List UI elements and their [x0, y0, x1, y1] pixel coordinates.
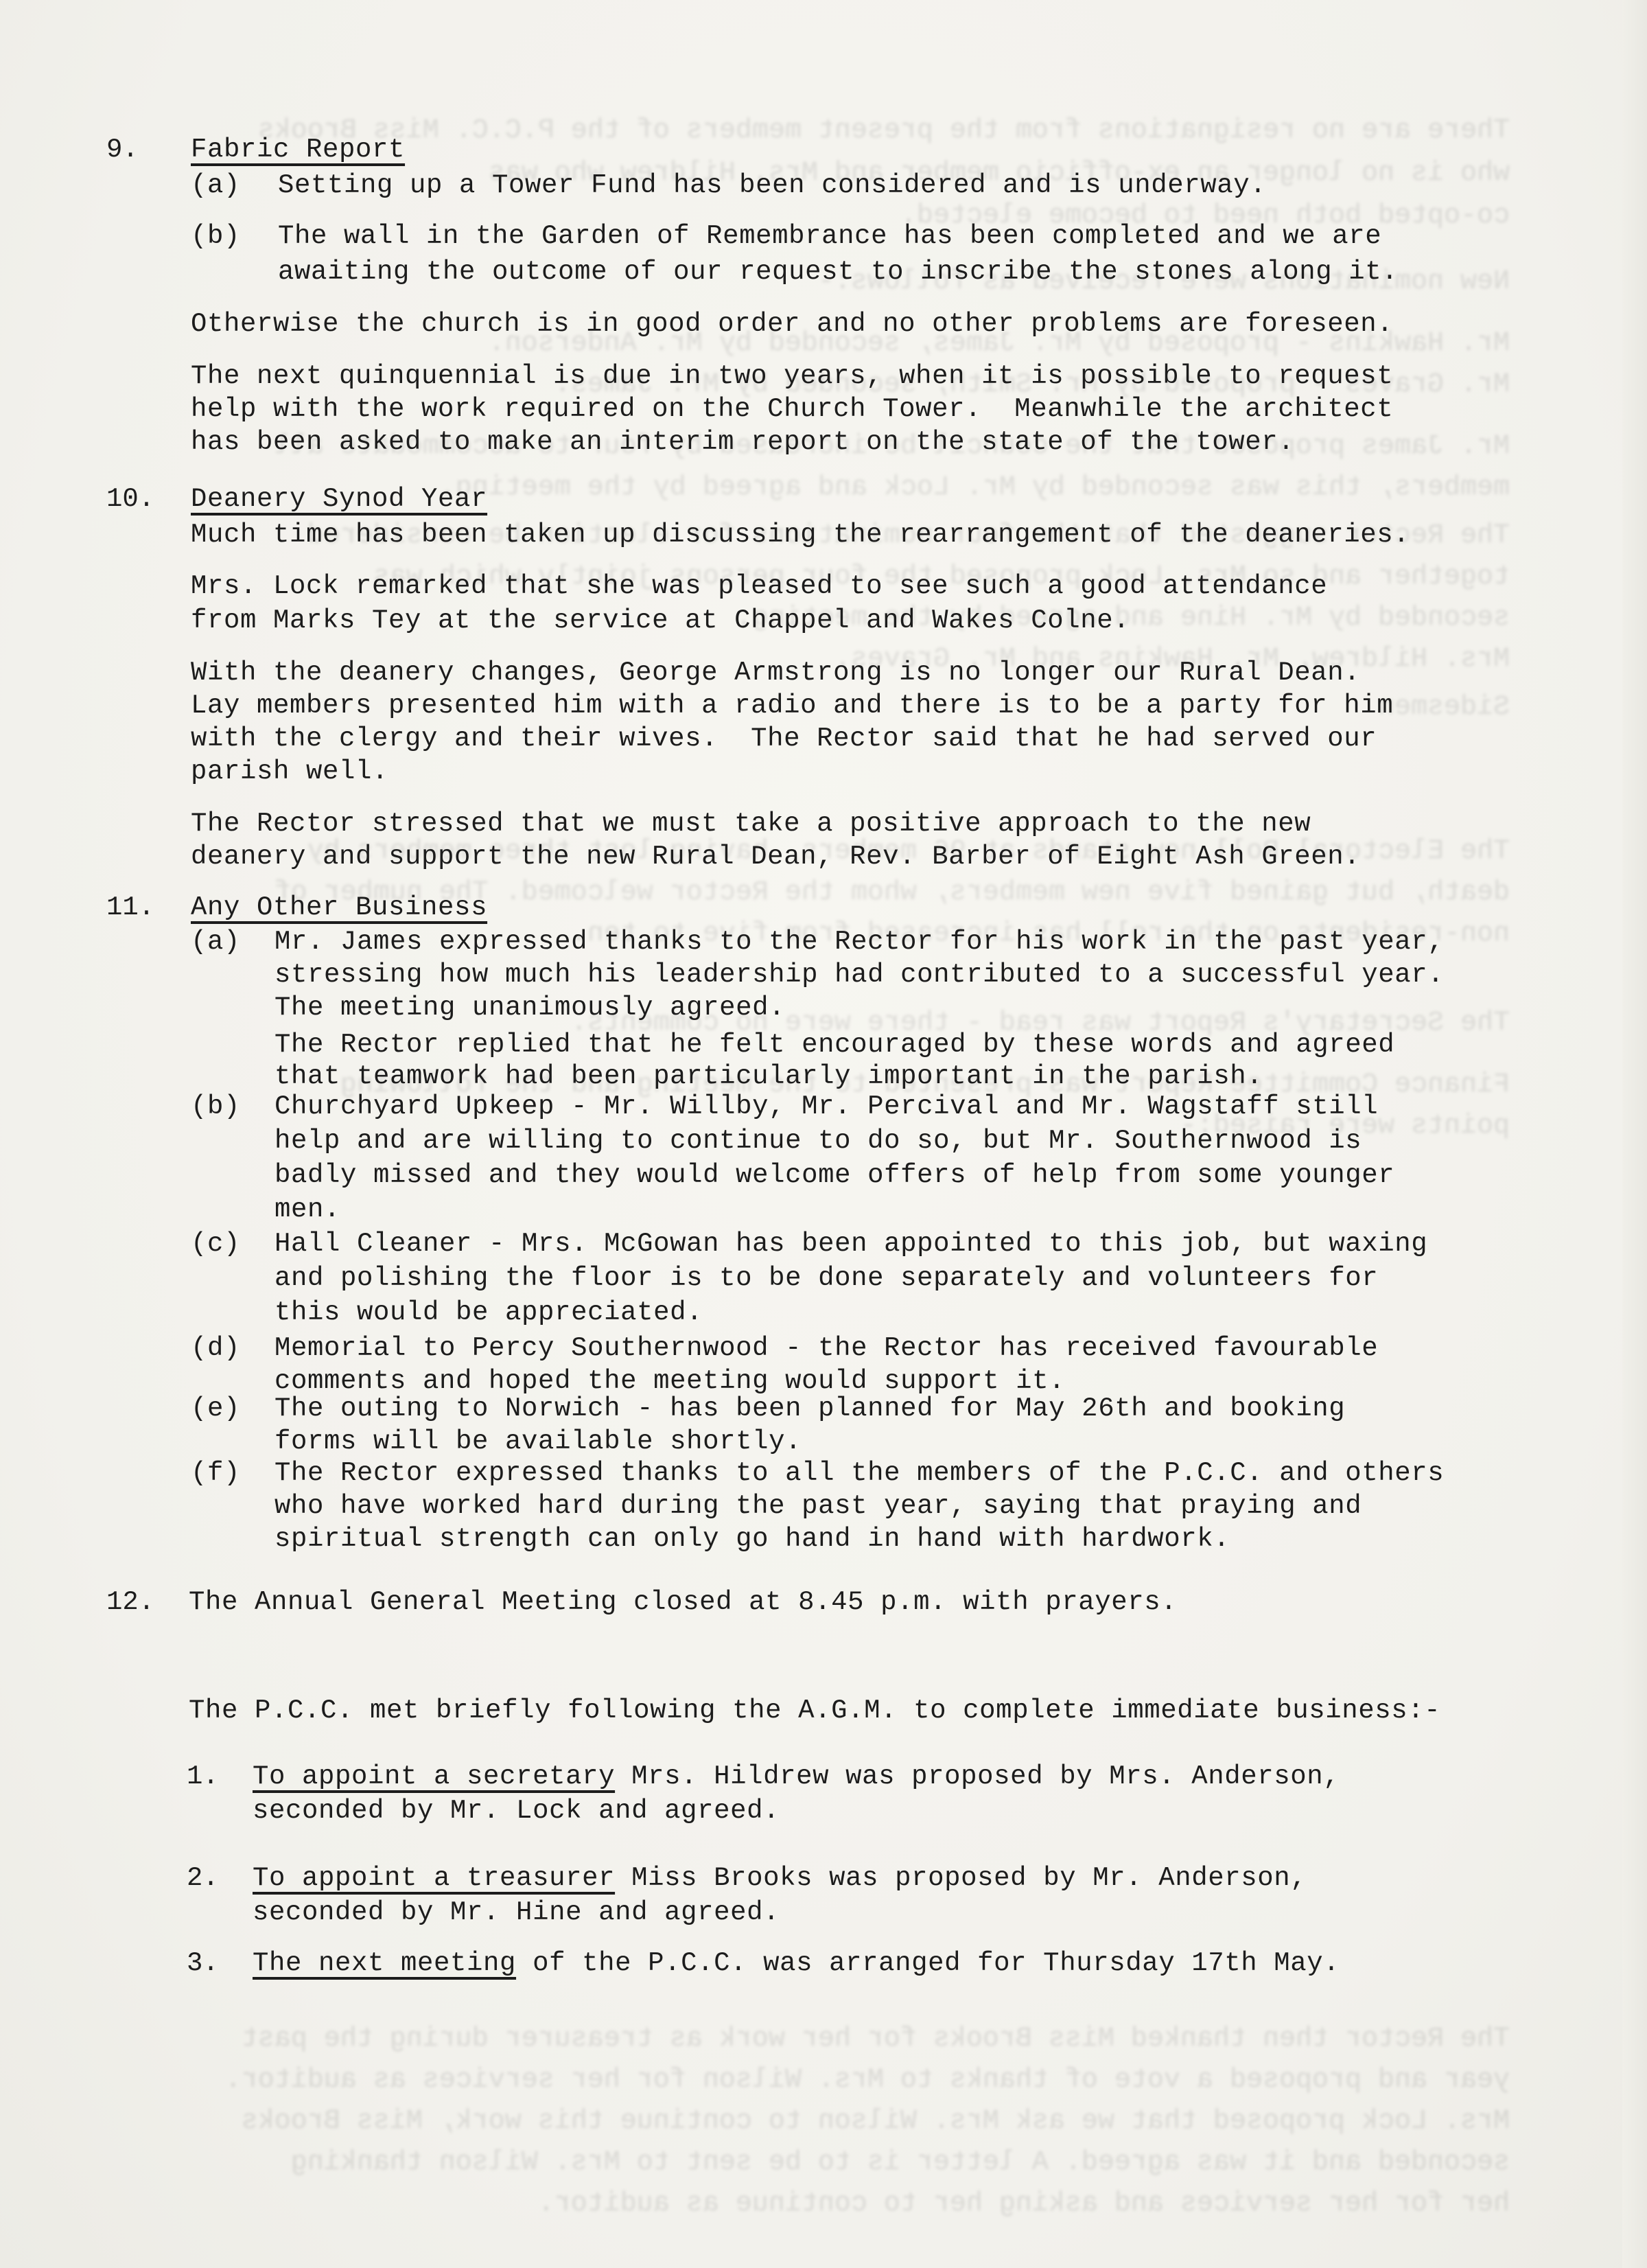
pcc-item-number: 1.	[187, 1761, 219, 1792]
item-text: spiritual strength can only go hand in h…	[274, 1524, 1230, 1554]
item-text: who have worked hard during the past yea…	[274, 1491, 1362, 1521]
section-heading: Fabric Report	[191, 135, 405, 165]
item-text: The meeting unanimously agreed.	[274, 993, 785, 1023]
item-text: Hall Cleaner - Mrs. McGowan has been app…	[274, 1229, 1427, 1259]
pcc-item-line2: seconded by Mr. Hine and agreed.	[253, 1897, 780, 1928]
paragraph-line: Mrs. Lock remarked that she was pleased …	[191, 571, 1327, 601]
item-text: The wall in the Garden of Remembrance ha…	[278, 221, 1381, 251]
paragraph-line: Otherwise the church is in good order an…	[191, 309, 1393, 339]
item-text: Memorial to Percy Southernwood - the Rec…	[274, 1333, 1378, 1363]
pcc-item-line2: seconded by Mr. Lock and agreed.	[253, 1796, 780, 1826]
paragraph-line: from Marks Tey at the service at Chappel…	[191, 605, 1130, 636]
section-number: 10.	[106, 484, 154, 514]
item-text: help and are willing to continue to do s…	[274, 1126, 1362, 1156]
item-text: and polishing the floor is to be done se…	[274, 1263, 1378, 1293]
item-text: badly missed and they would welcome offe…	[274, 1160, 1394, 1190]
pcc-item-rest: Mrs. Hildrew was proposed by Mrs. Anders…	[615, 1761, 1340, 1792]
item-text: awaiting the outcome of our request to i…	[278, 257, 1398, 287]
item-text: forms will be available shortly.	[274, 1426, 802, 1457]
pcc-item-heading: The next meeting	[253, 1948, 516, 1978]
section-number: 12.	[106, 1587, 154, 1617]
pcc-item-rest: Miss Brooks was proposed by Mr. Anderson…	[615, 1863, 1307, 1893]
pcc-item-line: The next meeting of the P.C.C. was arran…	[253, 1948, 1340, 1978]
item-text: The Rector expressed thanks to all the m…	[274, 1458, 1444, 1488]
paragraph-line: help with the work required on the Churc…	[191, 394, 1393, 424]
paragraph-line: parish well.	[191, 756, 388, 787]
pcc-intro: The P.C.C. met briefly following the A.G…	[189, 1696, 1440, 1726]
paragraph-line: deanery and support the new Rural Dean, …	[191, 842, 1360, 872]
item-label: (f)	[191, 1458, 240, 1488]
section-heading: Deanery Synod Year	[191, 484, 487, 514]
paragraph-line: The next quinquennial is due in two year…	[191, 361, 1393, 391]
paragraph-line: Much time has been taken up discussing t…	[191, 520, 1410, 550]
item-text: stressing how much his leadership had co…	[274, 960, 1444, 990]
pcc-item-number: 2.	[187, 1863, 219, 1893]
pcc-item-line: To appoint a secretary Mrs. Hildrew was …	[253, 1761, 1340, 1792]
item-text: Setting up a Tower Fund has been conside…	[278, 170, 1266, 200]
section-number: 9.	[106, 135, 139, 165]
section-heading: Any Other Business	[191, 892, 487, 923]
item-label: (b)	[191, 1091, 240, 1122]
item-text: this would be appreciated.	[274, 1297, 703, 1328]
item-text: that teamwork had been particularly impo…	[274, 1061, 1263, 1091]
pcc-item-line: To appoint a treasurer Miss Brooks was p…	[253, 1863, 1307, 1893]
paragraph-line: with the clergy and their wives. The Rec…	[191, 724, 1377, 754]
paragraph-line: With the deanery changes, George Armstro…	[191, 658, 1360, 688]
pcc-item-number: 3.	[187, 1948, 219, 1978]
paragraph-line: Lay members presented him with a radio a…	[191, 691, 1393, 721]
section-number: 11.	[106, 892, 154, 923]
item-text: Churchyard Upkeep - Mr. Willby, Mr. Perc…	[274, 1091, 1378, 1122]
paper-edge	[1622, 0, 1647, 2268]
closing-text: The Annual General Meeting closed at 8.4…	[189, 1587, 1177, 1617]
item-label: (e)	[191, 1393, 240, 1424]
item-label: (a)	[191, 170, 240, 200]
item-text: Mr. James expressed thanks to the Rector…	[274, 927, 1444, 957]
item-text: men.	[274, 1194, 340, 1225]
paragraph-line: The Rector stressed that we must take a …	[191, 809, 1311, 839]
item-text: The outing to Norwich - has been planned…	[274, 1393, 1345, 1424]
pcc-item-heading: To appoint a secretary	[253, 1761, 615, 1792]
paragraph-line: has been asked to make an interim report…	[191, 427, 1294, 457]
item-label: (c)	[191, 1229, 240, 1259]
item-label: (d)	[191, 1333, 240, 1363]
item-text: comments and hoped the meeting would sup…	[274, 1366, 1065, 1396]
item-label: (a)	[191, 927, 240, 957]
item-label: (b)	[191, 221, 240, 251]
pcc-item-rest: of the P.C.C. was arranged for Thursday …	[516, 1948, 1340, 1978]
pcc-item-heading: To appoint a treasurer	[253, 1863, 615, 1893]
item-text: The Rector replied that he felt encourag…	[274, 1030, 1394, 1060]
